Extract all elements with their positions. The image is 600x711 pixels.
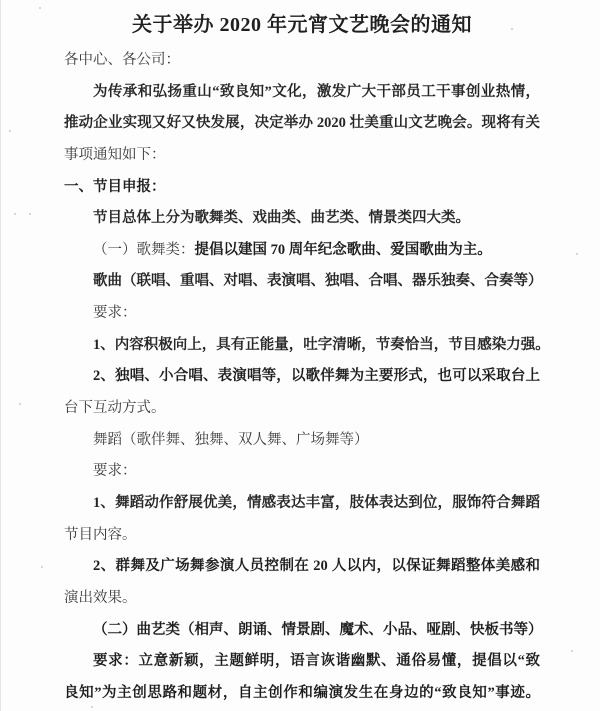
category-1-line: （一）歌舞类：提倡以建国 70 周年纪念歌曲、爱国歌曲为主。 — [64, 235, 540, 267]
scan-speck — [39, 7, 41, 9]
dance-forms-line: 舞蹈（歌伴舞、独舞、双人舞、广场舞等） — [64, 425, 540, 457]
document-title: 关于举办 2020 年元宵文艺晚会的通知 — [64, 8, 540, 42]
intro-line-2: 推动企业实现又好又快发展，决定举办 2020 壮美重山文艺晚会。现将有关 — [64, 108, 540, 140]
requirements-label-2: 要求： — [64, 456, 540, 488]
scan-speck — [571, 650, 573, 652]
quyi-requirements-line: 要求：立意新颖，主题鲜明，语言诙谐幽默、通俗易懂，提倡以“致 — [64, 646, 540, 678]
song-requirement-2: 2、独唱、小合唱、表演唱等，以歌伴舞为主要形式，也可以采取台上 — [64, 361, 540, 393]
requirements-label-1: 要求： — [64, 298, 540, 330]
section-1-heading: 一、节目申报： — [64, 172, 540, 204]
scan-speck — [576, 253, 578, 255]
scan-speck — [29, 213, 31, 215]
dance-requirement-1: 1、舞蹈动作舒展优美，情感表达丰富，肢体表达到位，服饰符合舞蹈 — [64, 488, 540, 520]
scan-speck — [41, 566, 43, 568]
scan-speck — [511, 28, 513, 30]
program-categories-line: 节目总体上分为歌舞类、戏曲类、曲艺类、情景类四大类。 — [64, 203, 540, 235]
category-1-description: 提倡以建国 70 周年纪念歌曲、爱国歌曲为主。 — [195, 242, 492, 258]
scan-speck — [91, 706, 93, 708]
scan-speck — [14, 213, 16, 215]
dance-requirement-2-continuation: 演出效果。 — [64, 583, 540, 615]
quyi-requirements-continuation: 良知”为主创思路和题材，自主创作和编演发生在身边的“致良知”事迹。 — [64, 678, 540, 710]
song-requirement-2-continuation: 台下互动方式。 — [64, 393, 540, 425]
song-forms-line: 歌曲（联唱、重唱、对唱、表演唱、独唱、合唱、器乐独奏、合奏等） — [64, 266, 540, 298]
dance-requirement-1-continuation: 节目内容。 — [64, 520, 540, 552]
salutation-line: 各中心、各公司： — [64, 45, 540, 77]
intro-line-1: 为传承和弘扬重山“致良知”文化，激发广大干部员工干事创业热情， — [64, 77, 540, 109]
category-1-label: （一）歌舞类： — [93, 242, 195, 258]
song-requirement-1: 1、内容积极向上，具有正能量，吐字清晰，节奏恰当，节目感染力强。 — [64, 330, 540, 362]
scan-speck — [19, 403, 21, 405]
scan-speck — [9, 130, 11, 132]
document-page: 关于举办 2020 年元宵文艺晚会的通知 各中心、各公司： 为传承和弘扬重山“致… — [0, 0, 600, 711]
dance-requirement-2: 2、群舞及广场舞参演人员控制在 20 人以内，以保证舞蹈整体美感和 — [64, 551, 540, 583]
category-2-line: （二）曲艺类（相声、朗诵、情景剧、魔术、小品、哑剧、快板书等） — [64, 615, 540, 647]
intro-line-3: 事项通知如下： — [64, 140, 540, 172]
